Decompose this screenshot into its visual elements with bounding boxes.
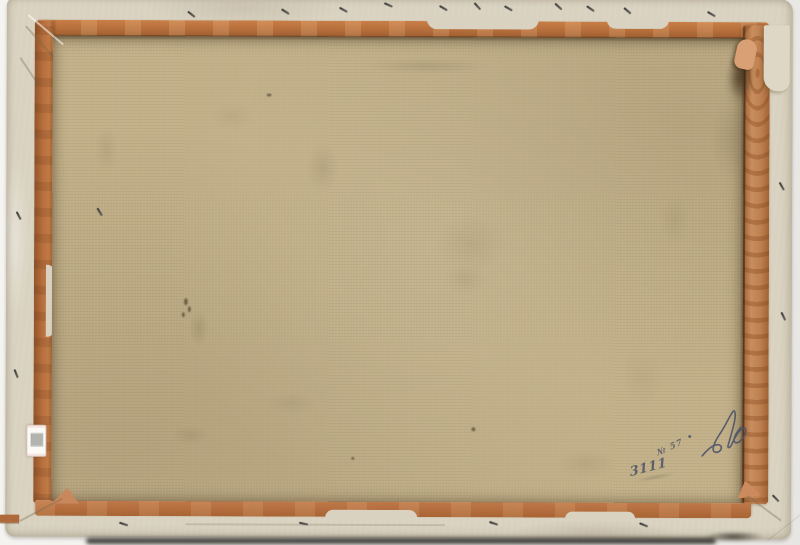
staple <box>439 5 448 11</box>
staple <box>586 5 595 12</box>
staple <box>639 522 648 527</box>
canvas-speck <box>471 427 475 431</box>
staple <box>474 2 481 10</box>
shadow-groove-top <box>53 35 744 42</box>
staple <box>384 2 393 8</box>
canvas-stain <box>164 422 216 448</box>
canvas-edge-bulge <box>565 512 635 519</box>
staple <box>779 182 785 191</box>
inventory-sticker <box>26 425 46 457</box>
staple <box>780 312 786 321</box>
photo: 3111 № 57 <box>0 0 800 545</box>
canvas-stain <box>655 184 695 256</box>
canvas-stain <box>254 387 326 417</box>
staple <box>339 7 348 13</box>
canvas-stain <box>611 338 671 418</box>
canvas-fold-flap <box>764 25 790 91</box>
staple <box>489 521 498 526</box>
inscription-size-mark: № 57 <box>656 437 684 459</box>
canvas-reverse: 3111 № 57 <box>5 0 793 539</box>
canvas-stain <box>202 96 262 136</box>
cast-shadow <box>86 538 716 544</box>
canvas-stain <box>435 258 495 300</box>
canvas-speck <box>182 312 185 317</box>
canvas-edge-bulge <box>325 510 417 518</box>
staple <box>14 369 19 378</box>
staple <box>554 3 562 11</box>
canvas-crease <box>185 523 445 525</box>
staple <box>187 11 195 18</box>
canvas-speck <box>184 298 188 305</box>
canvas-stain <box>341 55 511 78</box>
canvas-back-weave: 3111 № 57 <box>51 36 744 503</box>
staple <box>504 5 513 11</box>
staple <box>707 11 716 17</box>
staple <box>623 7 631 14</box>
canvas-edge-bulge <box>427 18 539 29</box>
canvas-speck <box>267 94 272 97</box>
canvas-speck <box>188 306 191 312</box>
staple <box>16 211 22 220</box>
cast-shadow-curve <box>696 530 772 543</box>
protruding-key-end <box>0 515 19 523</box>
inscription-dot <box>688 435 692 439</box>
canvas-stain <box>300 133 344 203</box>
canvas-stain <box>90 117 122 181</box>
canvas-speck <box>351 457 354 460</box>
signature-flourish-icon <box>690 405 760 465</box>
barcode-icon <box>31 434 42 446</box>
staple <box>119 522 128 527</box>
canvas-edge-bulge <box>607 20 669 29</box>
staple <box>281 8 290 14</box>
staple <box>772 494 780 502</box>
